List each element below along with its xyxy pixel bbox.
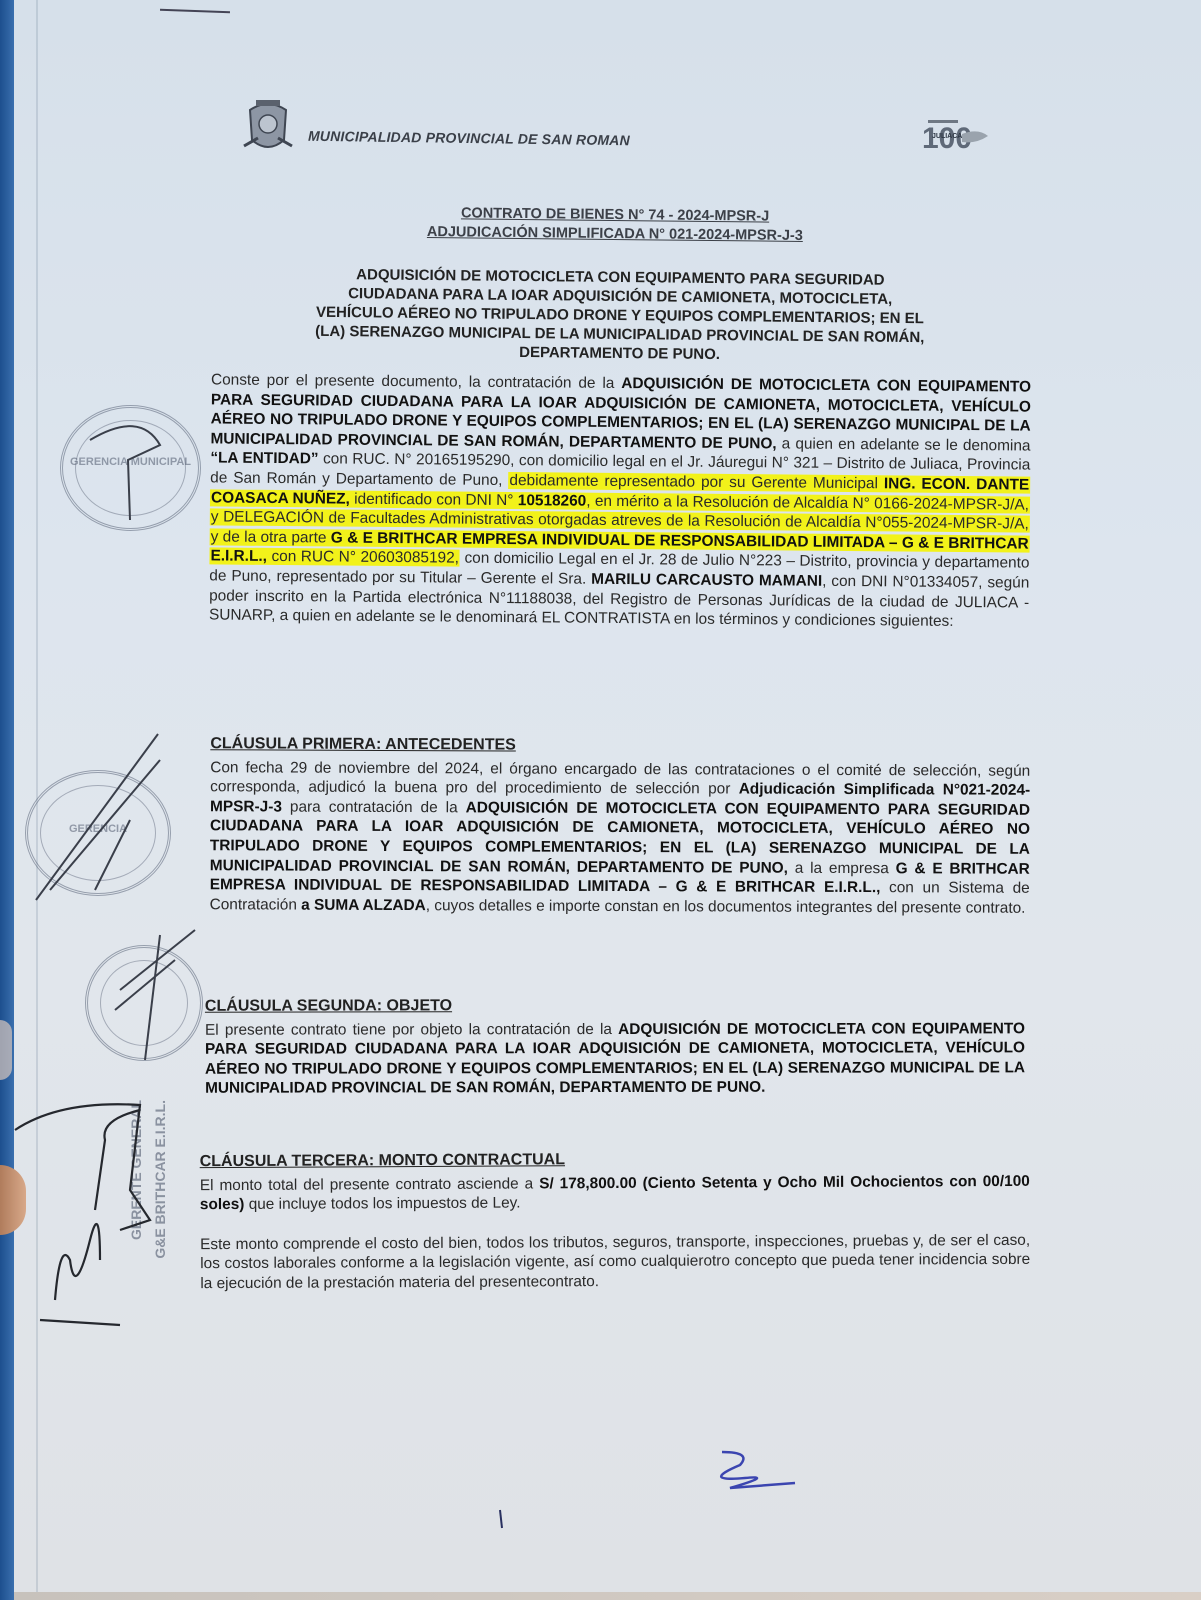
pen-dot <box>500 1510 502 1528</box>
signature-stamp2 <box>36 734 160 900</box>
page-bottom-edge <box>14 1592 1201 1600</box>
signature-stamp3 <box>115 930 195 1060</box>
initials-mark <box>721 1452 795 1488</box>
contractor-signature <box>15 1104 150 1325</box>
finger-edge <box>0 1020 12 1080</box>
signatures-overlay <box>0 0 1201 1600</box>
signature-stamp1 <box>90 426 160 520</box>
